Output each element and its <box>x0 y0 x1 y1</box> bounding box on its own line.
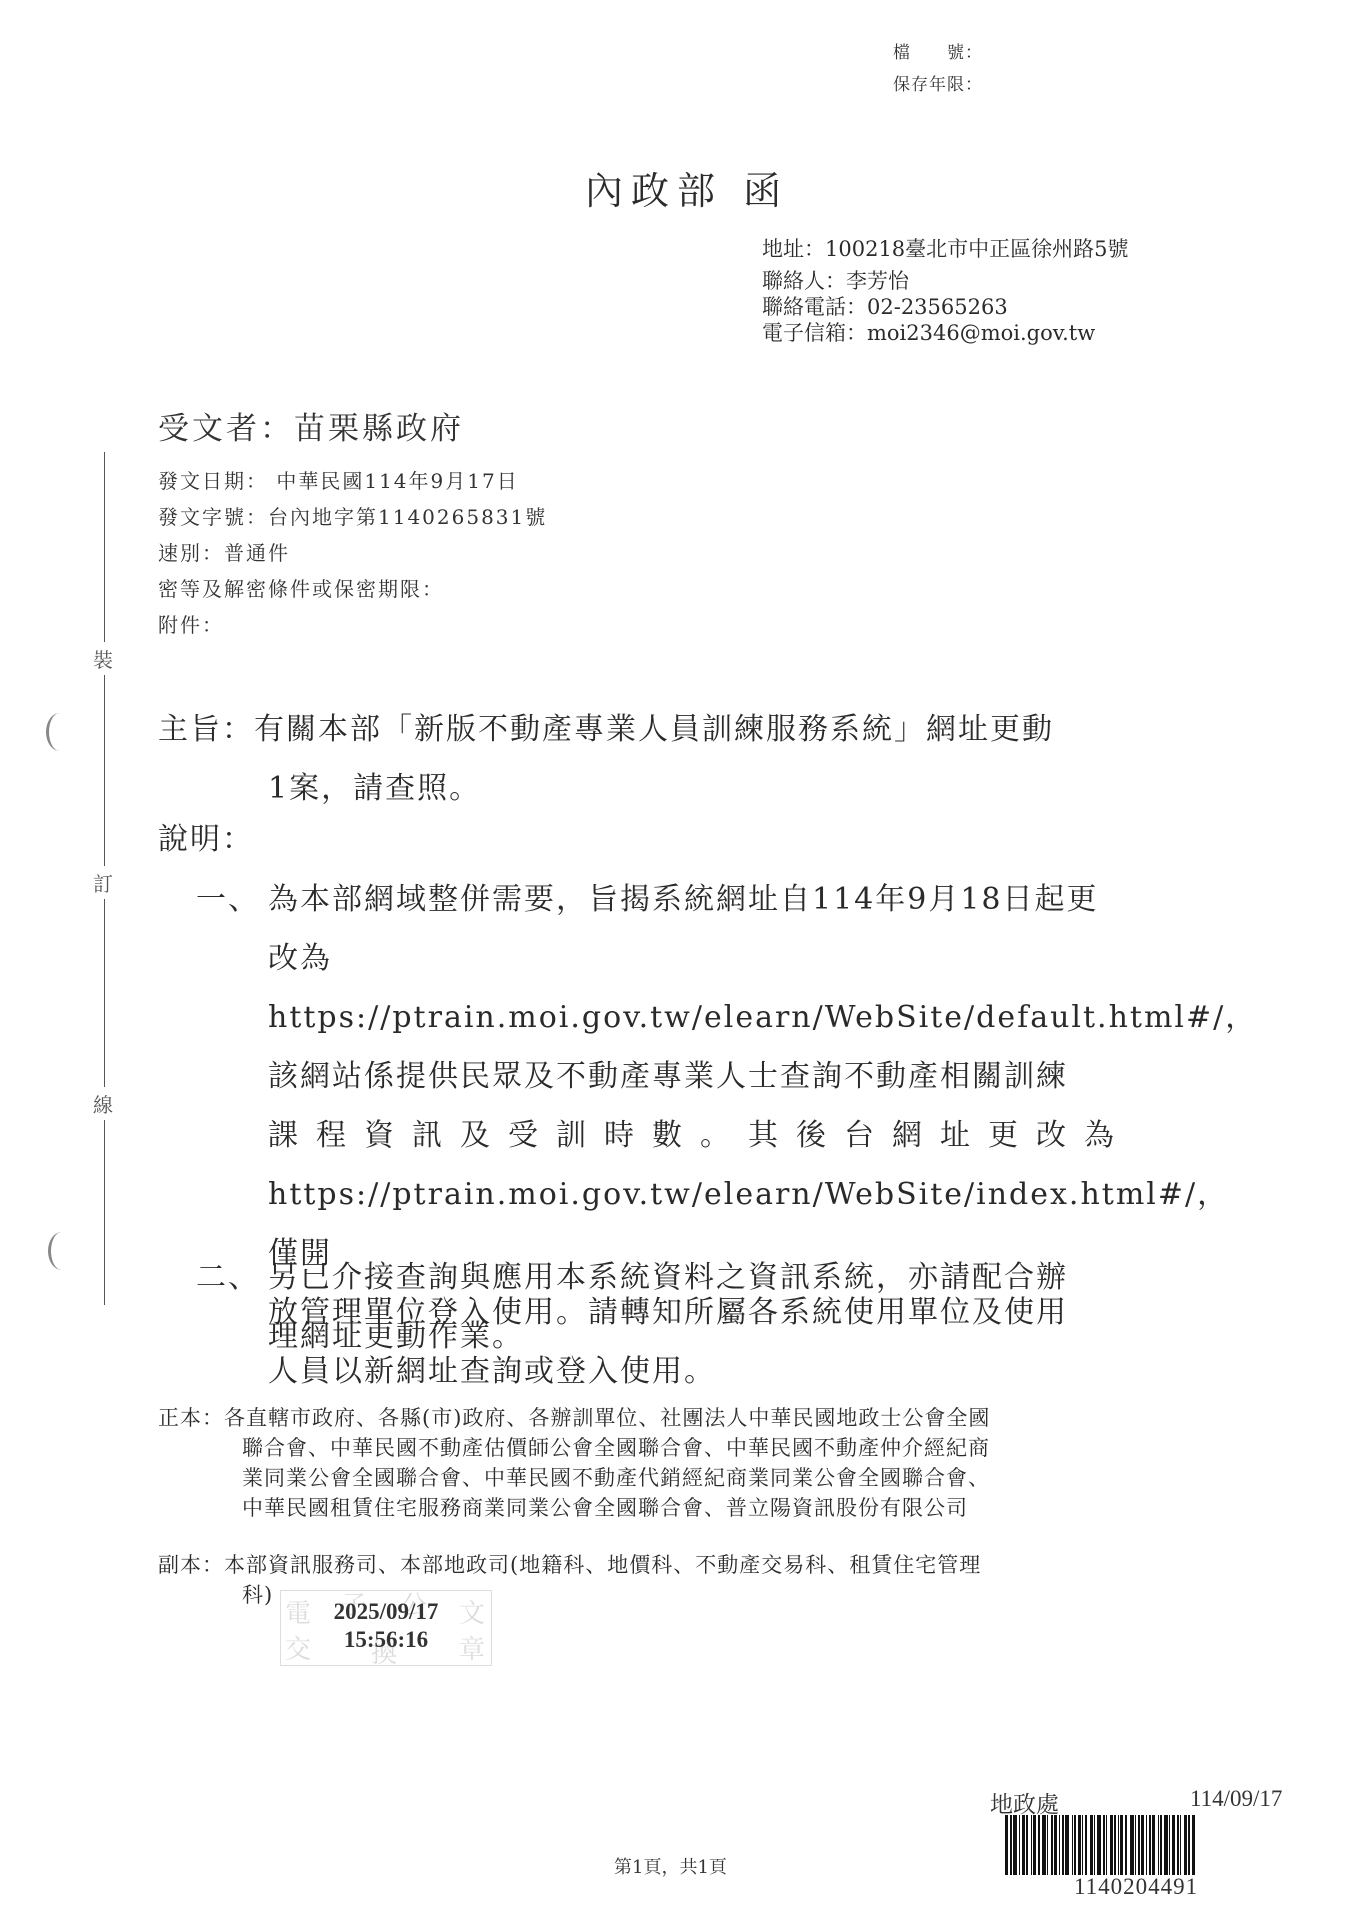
original-line: 中華民國租賃住宅服務商業同業公會全國聯合會、普立陽資訊股份有限公司 <box>158 1493 1228 1523</box>
original-line: 業同業公會全國聯合會、中華民國不動產代銷經紀商業同業公會全國聯合會、 <box>158 1463 1228 1493</box>
contact-email: 電子信箱：moi2346@moi.gov.tw <box>762 320 1129 346</box>
receive-date: 114/09/17 <box>1190 1786 1282 1812</box>
subject-line-1: 有關本部「新版不動產專業人員訓練服務系統」網址更動 <box>254 712 1054 747</box>
stamp-date: 2025/09/17 <box>281 1599 491 1625</box>
retention-period-label: 保存年限： <box>893 70 983 95</box>
binding-char-zhuang: 裝 <box>93 642 113 675</box>
document-number: 發文字號：台內地字第1140265831號 <box>158 499 547 535</box>
page-number: 第1頁，共1頁 <box>614 1853 727 1879</box>
subject-label: 主旨： <box>158 712 254 747</box>
item-number: 一、 <box>196 870 268 929</box>
stamp-time: 15:56:16 <box>281 1627 491 1653</box>
item-line: 為本部網域整併需要，旨揭系統網址自114年9月18日起更 <box>268 882 1099 917</box>
document-info: 發文日期： 中華民國114年9月17日 發文字號：台內地字第1140265831… <box>158 463 547 643</box>
delivery-speed: 速別：普通件 <box>158 535 547 571</box>
item-line: 理網址更動作業。 <box>196 1307 1236 1366</box>
binding-char-ding: 訂 <box>93 866 113 899</box>
original-line: 各直轄市政府、各縣(市)政府、各辦訓單位、社團法人中華民國地政士公會全國 <box>224 1406 990 1430</box>
recipient: 受文者：苗栗縣政府 <box>158 403 464 448</box>
file-number-label: 檔 號： <box>893 38 983 63</box>
contact-phone: 聯絡電話：02-23565263 <box>762 294 1129 320</box>
explanation-item-2: 二、另已介接查詢與應用本系統資料之資訊系統，亦請配合辦 理網址更動作業。 <box>196 1248 1236 1366</box>
contact-block: 地址：100218臺北市中正區徐州路5號 聯絡人：李芳怡 聯絡電話：02-235… <box>762 236 1129 346</box>
address: 地址：100218臺北市中正區徐州路5號 <box>762 236 1129 262</box>
barcode-number: 1140204491 <box>1074 1874 1198 1900</box>
original-label: 正本： <box>158 1406 224 1430</box>
classification: 密等及解密條件或保密期限： <box>158 571 547 607</box>
document-title: 內政部 函 <box>585 160 789 215</box>
explanation-label: 說明： <box>158 810 254 869</box>
copy-label: 副本： <box>158 1553 224 1577</box>
punch-hole-mark <box>46 713 73 751</box>
subject-section: 主旨：有關本部「新版不動產專業人員訓練服務系統」網址更動 1案，請查照。 <box>158 700 1228 818</box>
issue-date: 發文日期： 中華民國114年9月17日 <box>158 463 547 499</box>
item-line: 該網站係提供民眾及不動產專業人士查詢不動產相關訓練 <box>196 1047 1236 1106</box>
punch-hole-mark <box>48 1232 75 1270</box>
binding-char-xian: 線 <box>93 1087 113 1120</box>
subject-line-2: 1案，請查照。 <box>158 759 1228 818</box>
attachments: 附件： <box>158 607 547 643</box>
contact-person: 聯絡人：李芳怡 <box>762 268 1129 294</box>
copy-line: 本部資訊服務司、本部地政司(地籍科、地價科、不動產交易科、租賃住宅管理 <box>224 1553 981 1577</box>
original-recipients: 正本：各直轄市政府、各縣(市)政府、各辦訓單位、社團法人中華民國地政士公會全國 … <box>158 1403 1228 1523</box>
barcode <box>1005 1815 1297 1875</box>
original-line: 聯合會、中華民國不動產估價師公會全國聯合會、中華民國不動產仲介經紀商 <box>158 1433 1228 1463</box>
item-line: 另已介接查詢與應用本系統資料之資訊系統，亦請配合辦 <box>268 1260 1068 1295</box>
electronic-document-stamp: 電 子 公 文 交 換 章 2025/09/17 15:56:16 <box>280 1590 492 1666</box>
item-number: 二、 <box>196 1248 268 1307</box>
item-line: 課程資訊及受訓時數。其後台網址更改為 <box>196 1106 1236 1165</box>
item-line: 改為https://ptrain.moi.gov.tw/elearn/WebSi… <box>196 929 1236 1047</box>
